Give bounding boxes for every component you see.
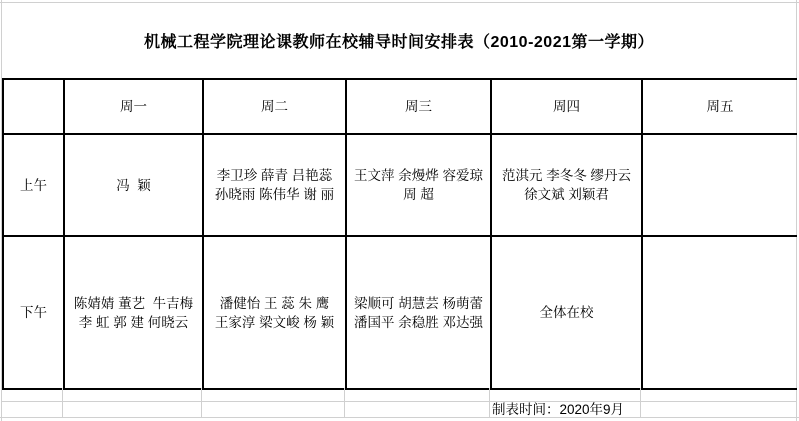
cell-morning-wednesday[interactable]: 王文萍 余熳烨 容爱琼 周 超 [346,134,491,236]
bottom-gridlines: 制表时间：2020年9月 [2,388,797,418]
cell-afternoon-thursday[interactable]: 全体在校 [491,236,642,389]
empty-row-1 [2,388,797,402]
row-label-morning[interactable]: 上午 [3,134,64,236]
empty-cell[interactable] [2,388,63,401]
table-title: 机械工程学院理论课教师在校辅导时间安排表（2010-2021第一学期） [2,2,796,78]
cell-afternoon-friday[interactable] [642,236,797,389]
day-header-wednesday[interactable]: 周三 [346,79,491,134]
empty-cell[interactable] [345,388,490,401]
row-label-afternoon[interactable]: 下午 [3,236,64,389]
empty-row-2: 制表时间：2020年9月 [2,402,797,418]
cell-morning-monday[interactable]: 冯 颖 [64,134,203,236]
cell-morning-tuesday[interactable]: 李卫珍 薛青 吕艳蕊 孙晓雨 陈伟华 谢 丽 [203,134,346,236]
cell-morning-friday[interactable] [642,134,797,236]
day-header-friday[interactable]: 周五 [642,79,797,134]
empty-cell[interactable] [2,402,63,417]
footer-timestamp-cell[interactable]: 制表时间：2020年9月 [490,402,641,417]
cell-afternoon-wednesday[interactable]: 梁顺可 胡慧芸 杨萌蕾 潘国平 余稳胜 邓达强 [346,236,491,389]
footer-timestamp: 制表时间：2020年9月 [490,402,640,417]
empty-cell[interactable] [63,402,202,417]
empty-cell[interactable] [641,402,796,417]
empty-cell[interactable] [641,388,796,401]
empty-cell[interactable] [490,388,641,401]
schedule-table: 周一 周二 周三 周四 周五 上午 冯 颖 李卫珍 薛青 吕艳蕊 孙晓雨 陈伟华… [2,78,797,390]
afternoon-row: 下午 陈婧婧 董艺 牛吉梅 李 虹 郭 建 何晓云 潘健怡 王 蕊 朱 鹰 王家… [3,236,797,389]
header-row: 周一 周二 周三 周四 周五 [3,79,797,134]
day-header-monday[interactable]: 周一 [64,79,203,134]
cell-afternoon-monday[interactable]: 陈婧婧 董艺 牛吉梅 李 虹 郭 建 何晓云 [64,236,203,389]
empty-cell[interactable] [202,402,345,417]
empty-cell[interactable] [345,402,490,417]
day-header-thursday[interactable]: 周四 [491,79,642,134]
day-header-tuesday[interactable]: 周二 [203,79,346,134]
cell-afternoon-tuesday[interactable]: 潘健怡 王 蕊 朱 鹰 王家淳 梁文峻 杨 颖 [203,236,346,389]
cell-morning-thursday[interactable]: 范淇元 李冬冬 缪丹云 徐文斌 刘颖君 [491,134,642,236]
corner-cell[interactable] [3,79,64,134]
morning-row: 上午 冯 颖 李卫珍 薛青 吕艳蕊 孙晓雨 陈伟华 谢 丽 王文萍 余熳烨 容爱… [3,134,797,236]
empty-cell[interactable] [202,388,345,401]
empty-cell[interactable] [63,388,202,401]
spreadsheet-area: 机械工程学院理论课教师在校辅导时间安排表（2010-2021第一学期） 周一 周… [0,0,799,421]
